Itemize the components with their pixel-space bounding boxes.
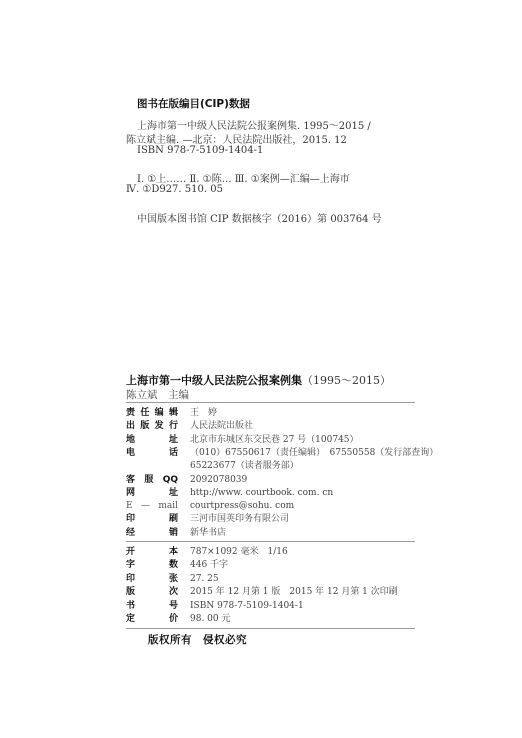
- info-label: 地址: [126, 434, 178, 447]
- label-char: 印: [126, 513, 135, 526]
- info-label: 版次: [126, 586, 178, 599]
- label-char: 址: [169, 487, 178, 500]
- info-value: 三河市国英印务有限公司: [190, 513, 289, 526]
- info-value: ISBN 978-7-5109-1404-1: [190, 600, 304, 613]
- info-value: 2015 年 12 月第 1 版 2015 年 12 月第 1 次印刷: [190, 586, 398, 599]
- info-value: 787×1092 毫米 1/16: [190, 546, 288, 559]
- book-title: 上海市第一中级人民法院公报案例集（1995～2015）: [126, 372, 391, 388]
- label-char: 辑: [169, 407, 178, 420]
- info-label: 书号: [126, 600, 178, 613]
- label-char: 字: [126, 559, 135, 572]
- label-char: 网: [126, 487, 135, 500]
- info-label: 印刷: [126, 513, 178, 526]
- label-char: 销: [169, 527, 178, 540]
- label-char: 任: [140, 407, 149, 420]
- label-char: 版: [126, 586, 135, 599]
- label-char: QQ: [163, 474, 178, 487]
- label-char: 经: [126, 527, 135, 540]
- cip-line: Ⅳ. ①D927. 510. 05: [126, 184, 223, 195]
- label-char: 刷: [169, 513, 178, 526]
- info-value: （010）67550617（责任编辑） 67550558（发行部查询）: [190, 447, 438, 460]
- label-char: 价: [169, 613, 178, 626]
- label-char: mail: [158, 500, 178, 513]
- info-label: E—mail: [126, 500, 178, 513]
- label-char: 开: [126, 546, 135, 559]
- label-char: E: [126, 500, 133, 513]
- label-char: 张: [169, 573, 178, 586]
- info-value: 27. 25: [190, 573, 219, 586]
- label-char: 编: [155, 407, 164, 420]
- label-char: 号: [169, 600, 178, 613]
- cip-line: 陈立斌主编. —北京：人民法院出版社，2015. 12: [126, 131, 347, 146]
- book-years: （1995～2015）: [302, 374, 391, 387]
- info-value: 2092078039: [190, 474, 247, 487]
- label-char: 书: [126, 600, 135, 613]
- divider: [126, 402, 415, 403]
- info-value: 65223677（读者服务部）: [190, 460, 299, 473]
- info-label: 电话: [126, 447, 178, 460]
- label-char: 话: [169, 447, 178, 460]
- info-label: 定价: [126, 613, 178, 626]
- label-char: 责: [126, 407, 135, 420]
- book-editor: 陈立斌 主编: [126, 387, 189, 402]
- label-char: 版: [140, 420, 149, 433]
- label-char: 行: [169, 420, 178, 433]
- label-char: 服: [144, 474, 153, 487]
- label-char: 发: [155, 420, 164, 433]
- info-label: 客服QQ: [126, 474, 178, 487]
- info-label: 责任编辑: [126, 407, 178, 420]
- cip-line: ISBN 978-7-5109-1404-1: [137, 145, 263, 156]
- info-label: 开本: [126, 546, 178, 559]
- label-char: 出: [126, 420, 135, 433]
- label-char: 址: [169, 434, 178, 447]
- copyright-notice: 版权所有 侵权必究: [148, 632, 247, 647]
- label-char: 电: [126, 447, 135, 460]
- label-char: 本: [169, 546, 178, 559]
- info-value: 新华书店: [190, 527, 226, 540]
- info-value: 446 千字: [190, 559, 228, 572]
- info-value: 人民法院出版社: [190, 420, 253, 433]
- cip-verification: 中国版本图书馆 CIP 数据核字（2016）第 003764 号: [137, 210, 382, 225]
- divider: [126, 628, 415, 629]
- info-label: 出版发行: [126, 420, 178, 433]
- cip-line: 上海市第一中级人民法院公报案例集. 1995～2015 /: [137, 117, 371, 132]
- info-label: 字数: [126, 559, 178, 572]
- label-char: 数: [169, 559, 178, 572]
- info-value: 北京市东城区东交民巷 27 号（100745）: [190, 434, 359, 447]
- book-title-text: 上海市第一中级人民法院公报案例集: [126, 374, 302, 387]
- info-value: 王 婷: [190, 407, 217, 420]
- info-label: 经销: [126, 527, 178, 540]
- info-label: 网址: [126, 487, 178, 500]
- info-value: http://www. courtbook. com. cn: [190, 487, 333, 500]
- info-value: courtpress@sohu. com: [190, 500, 294, 513]
- info-value: 98. 00 元: [190, 613, 231, 626]
- label-char: 次: [169, 586, 178, 599]
- cip-title: 图书在版编目(CIP)数据: [137, 96, 250, 111]
- divider: [126, 541, 415, 542]
- label-char: 印: [126, 573, 135, 586]
- label-char: 定: [126, 613, 135, 626]
- label-char: 客: [126, 474, 135, 487]
- label-char: 地: [126, 434, 135, 447]
- label-char: —: [141, 500, 150, 513]
- cip-line: Ⅰ. ①上…… Ⅱ. ①陈… Ⅲ. ①案例—汇编—上海市: [137, 170, 350, 185]
- info-label: 印张: [126, 573, 178, 586]
